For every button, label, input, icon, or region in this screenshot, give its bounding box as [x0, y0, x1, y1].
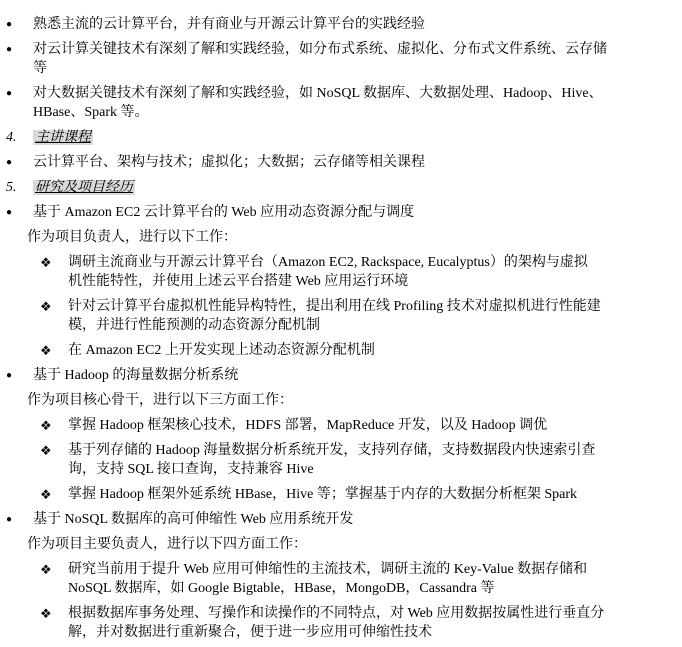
disc-bullet-icon: ●	[6, 15, 12, 34]
bullet-text: 研究当前用于提升 Web 应用可伸缩性的主流技术，调研主流的 Key-Value…	[68, 562, 587, 596]
disc-bullet-icon: ●	[6, 40, 12, 59]
section-heading: 5.研究及项目经历	[0, 178, 654, 197]
heading-title: 主讲课程	[33, 130, 93, 145]
sub-bullet-item: ❖研究当前用于提升 Web 应用可伸缩性的主流技术，调研主流的 Key-Valu…	[0, 560, 654, 598]
bullet-text: 基于列存储的 Hadoop 海量数据分析系统开发，支持列存储，支持数据段内快速索…	[68, 443, 595, 477]
bullet-text: 针对云计算平台虚拟机性能异构特性，提出利用在线 Profiling 技术对虚拟机…	[68, 299, 601, 333]
bullet-text: 基于 NoSQL 数据库的高可伸缩性 Web 应用系统开发	[33, 512, 353, 527]
bullet-text: 根据数据库事务处理、写操作和读操作的不同特点，对 Web 应用数据按属性进行垂直…	[68, 606, 604, 640]
paragraph-text: 作为项目主要负责人，进行以下四方面工作：	[27, 537, 307, 552]
disc-bullet-icon: ●	[6, 203, 12, 222]
bullet-item: ●基于 Amazon EC2 云计算平台的 Web 应用动态资源分配与调度	[0, 203, 654, 222]
bullet-item: ●基于 NoSQL 数据库的高可伸缩性 Web 应用系统开发	[0, 510, 654, 529]
document-page: ●熟悉主流的云计算平台，并有商业与开源云计算平台的实践经验●对云计算关键技术有深…	[0, 0, 682, 647]
heading-number: 4.	[6, 128, 17, 147]
bullet-text: 对大数据关键技术有深刻了解和实践经验，如 NoSQL 数据库、大数据处理、Had…	[33, 86, 603, 120]
diamond-bullet-icon: ❖	[40, 253, 52, 272]
diamond-bullet-icon: ❖	[40, 341, 52, 360]
bullet-text: 熟悉主流的云计算平台，并有商业与开源云计算平台的实践经验	[33, 17, 425, 32]
paragraph: 作为项目核心骨干，进行以下三方面工作：	[0, 391, 654, 410]
diamond-bullet-icon: ❖	[40, 441, 52, 460]
bullet-text: 在 Amazon EC2 上开发实现上述动态资源分配机制	[68, 343, 375, 358]
disc-bullet-icon: ●	[6, 510, 12, 529]
heading-title: 研究及项目经历	[33, 180, 135, 195]
paragraph-text: 作为项目负责人，进行以下工作：	[27, 230, 237, 245]
bullet-item: ●熟悉主流的云计算平台，并有商业与开源云计算平台的实践经验	[0, 15, 654, 34]
disc-bullet-icon: ●	[6, 153, 12, 172]
sub-bullet-item: ❖掌握 Hadoop 框架核心技术，HDFS 部署，MapReduce 开发，以…	[0, 416, 654, 435]
diamond-bullet-icon: ❖	[40, 560, 52, 579]
bullet-item: ●对大数据关键技术有深刻了解和实践经验，如 NoSQL 数据库、大数据处理、Ha…	[0, 84, 654, 122]
sub-bullet-item: ❖在 Amazon EC2 上开发实现上述动态资源分配机制	[0, 341, 654, 360]
bullet-text: 调研主流商业与开源云计算平台（Amazon EC2, Rackspace, Eu…	[68, 255, 588, 289]
diamond-bullet-icon: ❖	[40, 604, 52, 623]
sub-bullet-item: ❖掌握 Hadoop 框架外延系统 HBase，Hive 等；掌握基于内存的大数…	[0, 485, 654, 504]
sub-bullet-item: ❖调研主流商业与开源云计算平台（Amazon EC2, Rackspace, E…	[0, 253, 654, 291]
paragraph: 作为项目负责人，进行以下工作：	[0, 228, 654, 247]
bullet-text: 对云计算关键技术有深刻了解和实践经验，如分布式系统、虚拟化、分布式文件系统、云存…	[33, 42, 607, 76]
bullet-item: ●云计算平台、架构与技术；虚拟化；大数据；云存储等相关课程	[0, 153, 654, 172]
bullet-text: 掌握 Hadoop 框架外延系统 HBase，Hive 等；掌握基于内存的大数据…	[68, 487, 577, 502]
sub-bullet-item: ❖基于列存储的 Hadoop 海量数据分析系统开发，支持列存储，支持数据段内快速…	[0, 441, 654, 479]
bullet-item: ●对云计算关键技术有深刻了解和实践经验，如分布式系统、虚拟化、分布式文件系统、云…	[0, 40, 654, 78]
paragraph-text: 作为项目核心骨干，进行以下三方面工作：	[27, 393, 293, 408]
sub-bullet-item: ❖根据数据库事务处理、写操作和读操作的不同特点，对 Web 应用数据按属性进行垂…	[0, 604, 654, 642]
bullet-text: 基于 Hadoop 的海量数据分析系统	[33, 368, 238, 383]
disc-bullet-icon: ●	[6, 366, 12, 385]
bullet-text: 基于 Amazon EC2 云计算平台的 Web 应用动态资源分配与调度	[33, 205, 414, 220]
bullet-item: ●基于 Hadoop 的海量数据分析系统	[0, 366, 654, 385]
section-heading: 4.主讲课程	[0, 128, 654, 147]
diamond-bullet-icon: ❖	[40, 297, 52, 316]
disc-bullet-icon: ●	[6, 84, 12, 103]
bullet-text: 掌握 Hadoop 框架核心技术，HDFS 部署，MapReduce 开发，以及…	[68, 418, 547, 433]
diamond-bullet-icon: ❖	[40, 485, 52, 504]
diamond-bullet-icon: ❖	[40, 416, 52, 435]
paragraph: 作为项目主要负责人，进行以下四方面工作：	[0, 535, 654, 554]
sub-bullet-item: ❖针对云计算平台虚拟机性能异构特性，提出利用在线 Profiling 技术对虚拟…	[0, 297, 654, 335]
bullet-text: 云计算平台、架构与技术；虚拟化；大数据；云存储等相关课程	[33, 155, 425, 170]
heading-number: 5.	[6, 178, 17, 197]
